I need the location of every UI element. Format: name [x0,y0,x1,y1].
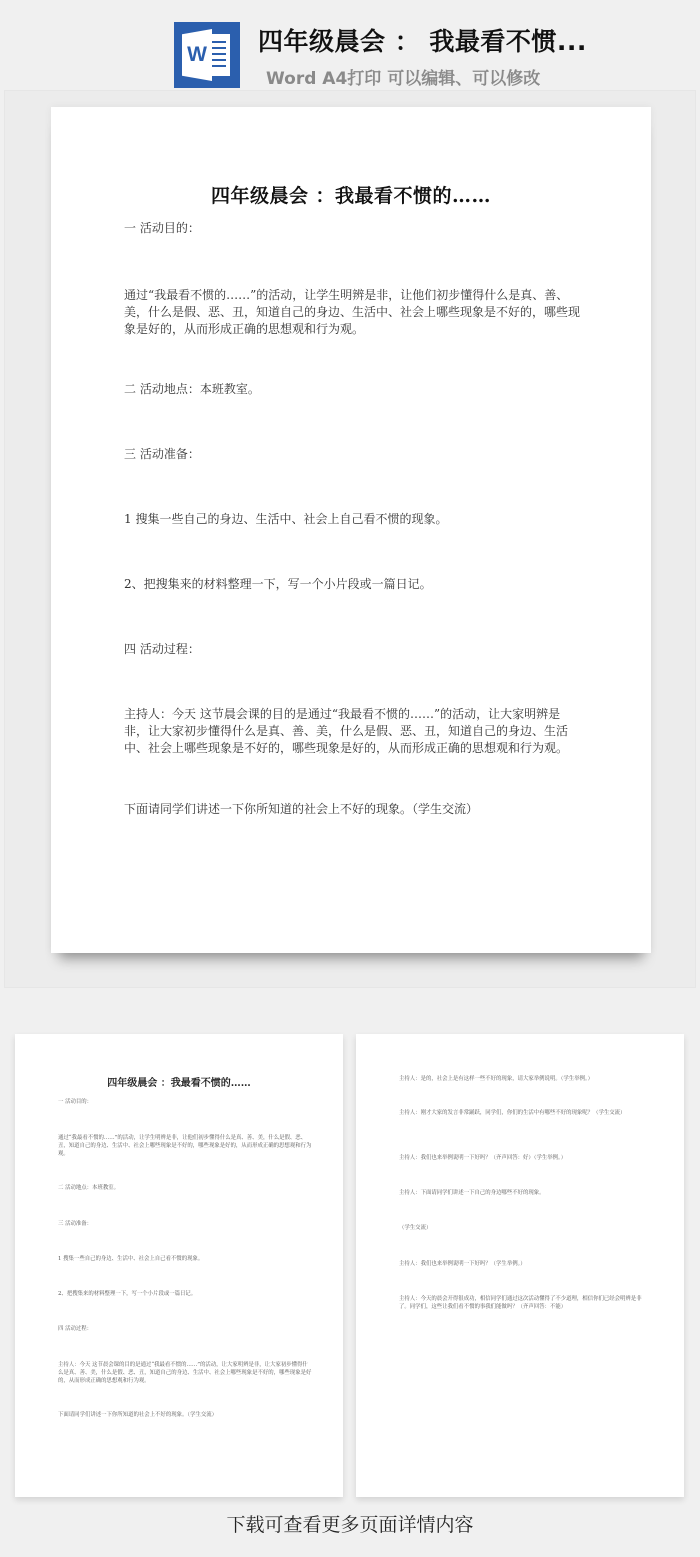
thumb-paragraph: 主持人：下面请同学们讲述一下自己的身边哪些不好的现象。 [399,1189,647,1197]
document-page-main[interactable]: 四年级晨会 ：我最看不惯的…… 一 活动目的： 通过“我最看不惯的……”的活动，… [51,107,651,953]
paragraph-host-intro: 主持人：今天 这节晨会课的目的是通过“我最看不惯的……”的活动，让大家明辨是非，… [124,706,584,757]
thumb-paragraph: 1 搜集一些自己的身边、生活中、社会上自己看不惯的现象。 [58,1255,312,1263]
preparation-item-2: 2、把搜集来的材料整理一下，写一个小片段或一篇日记。 [124,576,584,593]
thumb-paragraph: 主持人：刚才大家的发言非常踊跃，同学们，你们的生活中有哪些不好的现象呢？（学生交… [399,1109,647,1117]
word-letter: W [185,43,209,67]
section-heading-process: 四 活动过程： [124,641,584,658]
word-document-icon: W [174,22,240,88]
thumb-paragraph: 四 活动过程： [58,1325,312,1333]
thumb-paragraph: 二 活动地点：本班教室。 [58,1184,312,1192]
thumbnail-page-1[interactable]: 四年级晨会 ：我最看不惯的…… 一 活动目的： 通过“我最看不惯的……”的活动，… [15,1034,343,1497]
download-more-link[interactable]: 下载可查看更多页面详情内容 [0,1510,700,1537]
thumbnail-page-2[interactable]: 主持人：是的，社会上是有这样一些不好的现象，请大家举例说明。（学生举例。） 主持… [356,1034,684,1497]
section-heading-purpose: 一 活动目的： [124,220,584,237]
section-heading-location: 二 活动地点：本班教室。 [124,381,584,398]
thumb-paragraph: 主持人：是的，社会上是有这样一些不好的现象，请大家举例说明。（学生举例。） [399,1075,647,1083]
thumb-paragraph: 主持人：今天 这节晨会课的目的是通过“我最看不惯的……”的活动，让大家明辨是非，… [58,1361,312,1385]
paragraph-student-exchange: 下面请同学们讲述一下你所知道的社会上不好的现象。（学生交流） [124,801,584,818]
thumbnail-title: 四年级晨会 ：我最看不惯的…… [15,1074,343,1089]
thumb-paragraph: 主持人：我们也来举例说明一下好吗？（齐声回答：好）（学生举例。） [399,1154,647,1162]
thumb-paragraph: 主持人：今天的晨会开得很成功，相信同学们通过这次活动懂得了不少道理，相信你们已经… [399,1295,647,1311]
header-title: 四年级晨会 ： 我最看不惯... [258,22,587,58]
thumb-paragraph: 三 活动准备： [58,1220,312,1228]
header: W 四年级晨会 ： 我最看不惯... Word A4打印 可以编辑、可以修改 [0,0,700,100]
header-subtitle: Word A4打印 可以编辑、可以修改 [266,64,540,89]
section-heading-preparation: 三 活动准备： [124,446,584,463]
thumb-paragraph: 主持人：我们也来举例说明一下好吗？（学生举例。） [399,1260,647,1268]
thumb-paragraph: 一 活动目的： [58,1098,312,1106]
thumb-paragraph: 下面请同学们讲述一下你所知道的社会上不好的现象。（学生交流） [58,1411,312,1419]
thumb-paragraph: 2、把搜集来的材料整理一下，写一个小片段或一篇日记。 [58,1290,312,1298]
paragraph-purpose: 通过“我最看不惯的……”的活动，让学生明辨是非，让他们初步懂得什么是真、善、美，… [124,287,584,338]
thumb-paragraph: 通过“我最看不惯的……”的活动，让学生明辨是非，让他们初步懂得什么是真、善、美，… [58,1134,312,1158]
thumb-paragraph: （学生交流） [399,1224,647,1232]
document-title: 四年级晨会 ：我最看不惯的…… [51,181,651,208]
preparation-item-1: 1 搜集一些自己的身边、生活中、社会上自己看不惯的现象。 [124,511,584,528]
